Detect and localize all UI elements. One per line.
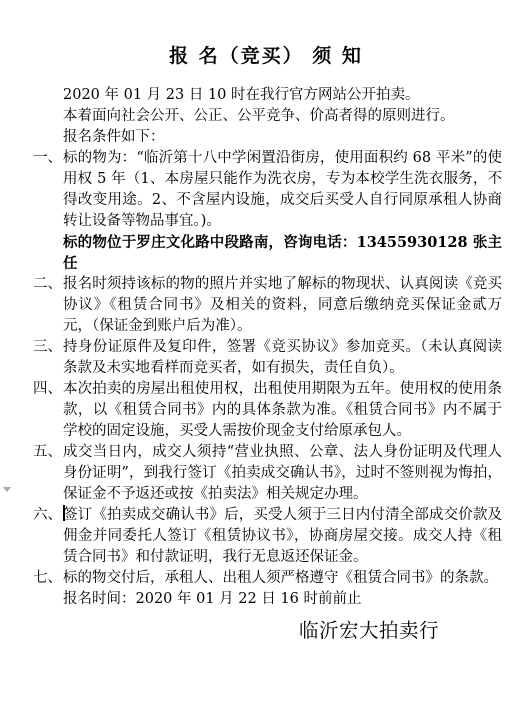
document-text-area[interactable]: 2020 年 01 月 23 日 10 时在我行官方网站公开拍卖。 本着面向社会… (33, 85, 502, 610)
triangle-down-icon (3, 487, 11, 492)
item-number: 三、 (33, 337, 63, 358)
document-page: 报 名（竞买） 须 知 2020 年 01 月 23 日 10 时在我行官方网站… (0, 0, 532, 706)
item-number: 四、 (33, 379, 63, 400)
item-text: 签订《拍卖成交确认书》后，买受人须于三日内付清全部成交价款及佣金并同委托人签订《… (63, 507, 502, 565)
notice-item-6: 六、 签订《拍卖成交确认书》后，买受人须于三日内付清全部成交价款及佣金并同委托人… (33, 505, 502, 568)
notice-item-4: 四、 本次拍卖的房屋出租使用权，出租使用期限为五年。使用权的使用条款，以《租赁合… (33, 379, 502, 442)
item-text: 成交当日内，成交人须持“营业执照、公章、法人身份证明及代理人身份证明”，到我行签… (63, 442, 502, 505)
notice-item-2: 二、 报名时须持该标的物的照片并实地了解标的物现状、认真阅读《竞买协议》《租赁合… (33, 274, 502, 337)
intro-line: 2020 年 01 月 23 日 10 时在我行官方网站公开拍卖。 (33, 85, 502, 106)
item-text: 报名时须持该标的物的照片并实地了解标的物现状、认真阅读《竞买协议》《租赁合同书》… (63, 274, 502, 337)
item-number: 七、 (33, 568, 63, 589)
item-number: 五、 (33, 442, 63, 463)
item-text-with-cursor: 签订《拍卖成交确认书》后，买受人须于三日内付清全部成交价款及佣金并同委托人签订《… (63, 505, 502, 568)
deadline-line: 报名时间：2020 年 01 月 22 日 16 时前前止 (33, 589, 502, 610)
item-number: 六、 (33, 505, 63, 526)
intro-line: 本着面向社会公开、公正、公平竞争、价高者得的原则进行。 (33, 106, 502, 127)
page-title: 报 名（竞买） 须 知 (0, 44, 532, 68)
item-text: 本次拍卖的房屋出租使用权，出租使用期限为五年。使用权的使用条款，以《租赁合同书》… (63, 379, 502, 442)
notice-item-3: 三、 持身份证原件及复印件，签署《竞买协议》参加竞买。（未认真阅读条款及未实地看… (33, 337, 502, 379)
signature: 临沂宏大拍卖行 (299, 619, 439, 643)
item-number: 一、 (33, 148, 63, 169)
item-bold-note: 标的物位于罗庄文化路中段路南，咨询电话：13455930128 张主任 (63, 232, 502, 274)
item-text: 标的物交付后，承租人、出租人须严格遵守《租赁合同书》的条款。 (63, 568, 502, 589)
item-text: 持身份证原件及复印件，签署《竞买协议》参加竞买。（未认真阅读条款及未实地看样而竞… (63, 337, 502, 379)
item-text: 标的物为：“临沂第十八中学闲置沿街房，使用面积约 68 平米”的使用权 5 年（… (63, 148, 502, 232)
notice-item-7: 七、 标的物交付后，承租人、出租人须严格遵守《租赁合同书》的条款。 (33, 568, 502, 589)
intro-line: 报名条件如下： (33, 127, 502, 148)
notice-item-5: 五、 成交当日内，成交人须持“营业执照、公章、法人身份证明及代理人身份证明”，到… (33, 442, 502, 505)
item-number: 二、 (33, 274, 63, 295)
notice-item-1: 一、 标的物为：“临沂第十八中学闲置沿街房，使用面积约 68 平米”的使用权 5… (33, 148, 502, 274)
